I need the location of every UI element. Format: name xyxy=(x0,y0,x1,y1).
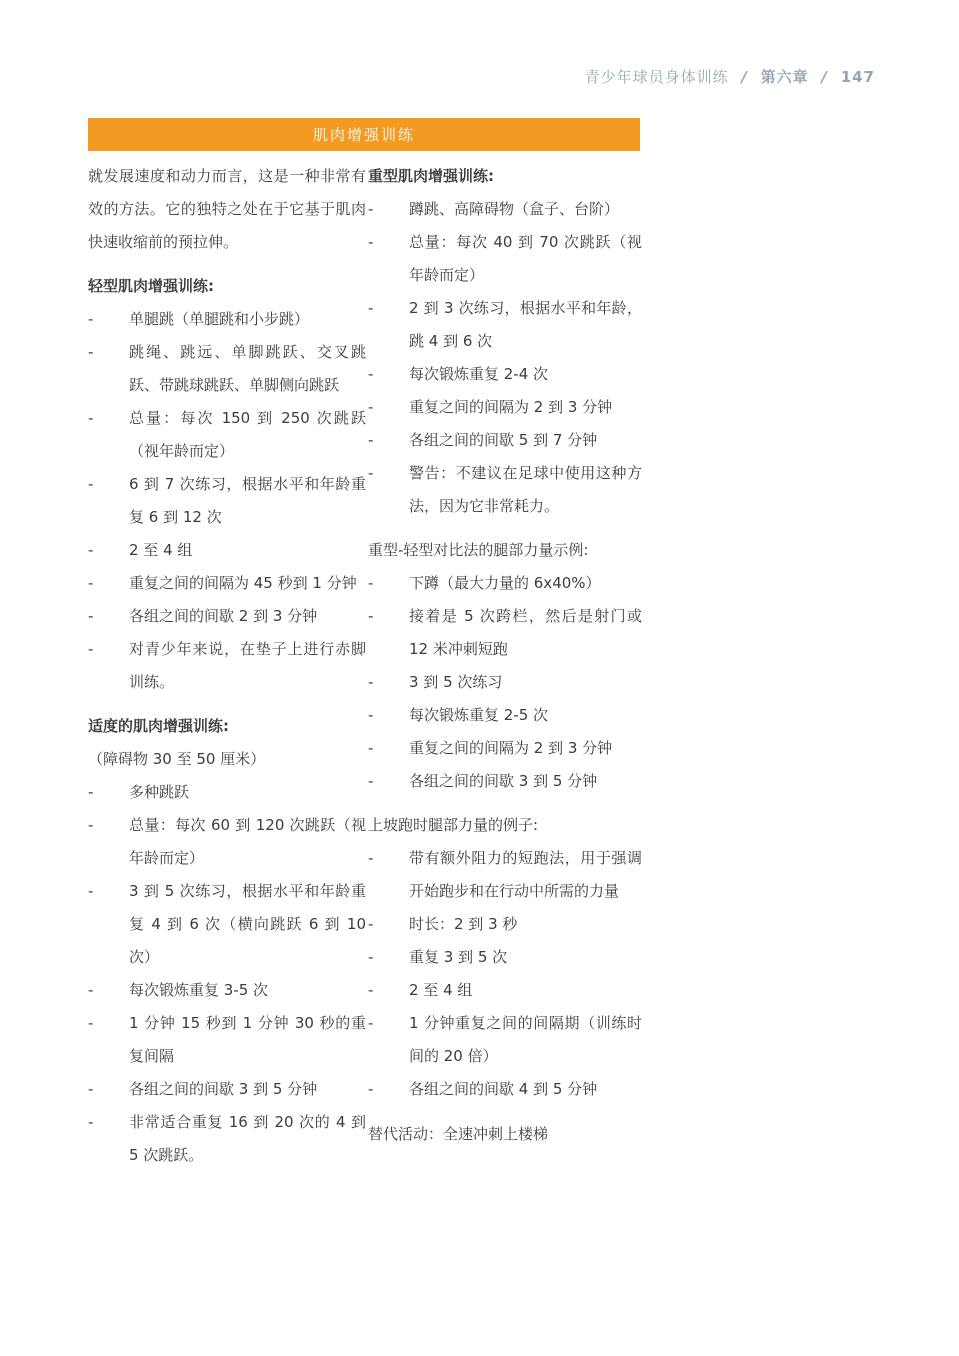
bullet-text: 对青少年来说，在垫子上进行赤脚训练。 xyxy=(129,640,366,691)
bullet-item: - 跳绳、跳远、单脚跳跃、交叉跳跃、带跳球跳跃、单脚侧向跳跃 xyxy=(88,336,366,402)
bullet-text: 3 到 5 次练习 xyxy=(409,673,502,691)
bullet-item: - 重复之间的间隔为 2 到 3 分钟 xyxy=(368,732,642,765)
bullet-item: - 总量：每次 40 到 70 次跳跃（视年龄而定） xyxy=(368,226,642,292)
column-left: 就发展速度和动力而言，这是一种非常有效的方法。它的独特之处在于它基于肌肉快速收缩… xyxy=(88,160,366,1172)
bullet-dash: - xyxy=(88,534,93,567)
bullet-item: - 每次锻炼重复 2-4 次 xyxy=(368,358,642,391)
bullet-dash: - xyxy=(88,809,93,842)
section-heading: 重型肌肉增强训练: xyxy=(368,160,642,193)
bullet-text: 重复之间的间隔为 2 到 3 分钟 xyxy=(409,739,612,757)
bullet-item: - 1 分钟重复之间的间隔期（训练时间的 20 倍） xyxy=(368,1007,642,1073)
bullet-text: 2 到 3 次练习，根据水平和年龄，跳 4 到 6 次 xyxy=(409,299,642,350)
bullet-dash: - xyxy=(88,974,93,1007)
bullet-dash: - xyxy=(88,402,93,435)
bullet-text: 跳绳、跳远、单脚跳跃、交叉跳跃、带跳球跳跃、单脚侧向跳跃 xyxy=(129,343,366,394)
bullet-dash: - xyxy=(368,732,373,765)
section-banner: 肌肉增强训练 xyxy=(88,118,640,151)
bullet-text: 2 至 4 组 xyxy=(409,981,472,999)
section-heading: 适度的肌肉增强训练: xyxy=(88,710,366,743)
banner-label: 肌肉增强训练 xyxy=(313,124,415,145)
bullet-item: - 3 到 5 次练习，根据水平和年龄重复 4 到 6 次（横向跳跃 6 到 1… xyxy=(88,875,366,974)
header-chapter: 第六章 xyxy=(761,68,809,86)
section-heading: 轻型肌肉增强训练: xyxy=(88,270,366,303)
bullet-text: 3 到 5 次练习，根据水平和年龄重复 4 到 6 次（横向跳跃 6 到 10 … xyxy=(129,882,366,966)
bullet-text: 时长：2 到 3 秒 xyxy=(409,915,517,933)
bullet-text: 各组之间的间歇 3 到 5 分钟 xyxy=(409,772,597,790)
bullet-dash: - xyxy=(368,226,373,259)
bullet-item: - 非常适合重复 16 到 20 次的 4 到 5 次跳跃。 xyxy=(88,1106,366,1172)
bullet-dash: - xyxy=(88,600,93,633)
bullet-item: - 对青少年来说，在垫子上进行赤脚训练。 xyxy=(88,633,366,699)
bullet-item: - 重复之间的间隔为 2 到 3 分钟 xyxy=(368,391,642,424)
bullet-item: - 带有额外阻力的短跑法，用于强调开始跑步和在行动中所需的力量 xyxy=(368,842,642,908)
page-header: 青少年球员身体训练 / 第六章 / 147 xyxy=(585,66,875,87)
bullet-item: - 多种跳跃 xyxy=(88,776,366,809)
header-separator: / xyxy=(741,68,747,86)
bullet-dash: - xyxy=(88,633,93,666)
bullet-dash: - xyxy=(368,1073,373,1106)
bullet-dash: - xyxy=(368,567,373,600)
intro-paragraph: 就发展速度和动力而言，这是一种非常有效的方法。它的独特之处在于它基于肌肉快速收缩… xyxy=(88,160,366,259)
section-note: （障碍物 30 至 50 厘米） xyxy=(88,743,366,776)
bullet-item: - 时长：2 到 3 秒 xyxy=(368,908,642,941)
bullet-text: 每次锻炼重复 2-5 次 xyxy=(409,706,548,724)
bullet-dash: - xyxy=(368,391,373,424)
bullet-text: 各组之间的间歇 5 到 7 分钟 xyxy=(409,431,597,449)
bullet-dash: - xyxy=(368,424,373,457)
bullet-text: 警告：不建议在足球中使用这种方法，因为它非常耗力。 xyxy=(409,464,642,515)
bullet-text: 1 分钟重复之间的间隔期（训练时间的 20 倍） xyxy=(409,1014,642,1065)
bullet-text: 各组之间的间歇 2 到 3 分钟 xyxy=(129,607,317,625)
bullet-dash: - xyxy=(368,974,373,1007)
bullet-item: - 接着是 5 次跨栏，然后是射门或 12 米冲刺短跑 xyxy=(368,600,642,666)
bullet-dash: - xyxy=(368,1007,373,1040)
bullet-text: 2 至 4 组 xyxy=(129,541,192,559)
bullet-dash: - xyxy=(368,666,373,699)
bullet-item: - 2 至 4 组 xyxy=(88,534,366,567)
bullet-item: - 蹲跳、高障碍物（盒子、台阶） xyxy=(368,193,642,226)
bullet-dash: - xyxy=(368,193,373,226)
bullet-item: - 警告：不建议在足球中使用这种方法，因为它非常耗力。 xyxy=(368,457,642,523)
bullet-item: - 各组之间的间歇 3 到 5 分钟 xyxy=(368,765,642,798)
bullet-list: - 蹲跳、高障碍物（盒子、台阶） - 总量：每次 40 到 70 次跳跃（视年龄… xyxy=(368,193,642,523)
bullet-dash: - xyxy=(368,292,373,325)
alternative-activity-line: 替代活动：全速冲刺上楼梯 xyxy=(368,1118,642,1151)
bullet-text: 单腿跳（单腿跳和小步跳） xyxy=(129,310,309,328)
bullet-item: - 1 分钟 15 秒到 1 分钟 30 秒的重复间隔 xyxy=(88,1007,366,1073)
column-right: 重型肌肉增强训练: - 蹲跳、高障碍物（盒子、台阶） - 总量：每次 40 到 … xyxy=(368,160,642,1151)
bullet-text: 多种跳跃 xyxy=(129,783,189,801)
bullet-list: - 带有额外阻力的短跑法，用于强调开始跑步和在行动中所需的力量 - 时长：2 到… xyxy=(368,842,642,1106)
bullet-dash: - xyxy=(88,1007,93,1040)
bullet-dash: - xyxy=(368,699,373,732)
bullet-item: - 重复之间的间隔为 45 秒到 1 分钟 xyxy=(88,567,366,600)
bullet-text: 总量：每次 150 到 250 次跳跃（视年龄而定） xyxy=(129,409,366,460)
bullet-item: - 下蹲（最大力量的 6x40%） xyxy=(368,567,642,600)
document-page: 青少年球员身体训练 / 第六章 / 147 肌肉增强训练 就发展速度和动力而言，… xyxy=(0,0,959,1356)
bullet-item: - 各组之间的间歇 5 到 7 分钟 xyxy=(368,424,642,457)
bullet-text: 各组之间的间歇 3 到 5 分钟 xyxy=(129,1080,317,1098)
bullet-text: 重复之间的间隔为 2 到 3 分钟 xyxy=(409,398,612,416)
bullet-dash: - xyxy=(88,303,93,336)
bullet-text: 总量：每次 40 到 70 次跳跃（视年龄而定） xyxy=(409,233,642,284)
bullet-text: 重复 3 到 5 次 xyxy=(409,948,507,966)
header-separator: / xyxy=(821,68,827,86)
bullet-list: - 单腿跳（单腿跳和小步跳） - 跳绳、跳远、单脚跳跃、交叉跳跃、带跳球跳跃、单… xyxy=(88,303,366,699)
bullet-item: - 各组之间的间歇 2 到 3 分钟 xyxy=(88,600,366,633)
bullet-item: - 单腿跳（单腿跳和小步跳） xyxy=(88,303,366,336)
bullet-dash: - xyxy=(88,468,93,501)
bullet-item: - 总量：每次 150 到 250 次跳跃（视年龄而定） xyxy=(88,402,366,468)
header-title: 青少年球员身体训练 xyxy=(585,68,729,86)
bullet-dash: - xyxy=(88,336,93,369)
bullet-dash: - xyxy=(368,765,373,798)
bullet-text: 各组之间的间歇 4 到 5 分钟 xyxy=(409,1080,597,1098)
bullet-dash: - xyxy=(368,908,373,941)
bullet-dash: - xyxy=(368,457,373,490)
bullet-item: - 重复 3 到 5 次 xyxy=(368,941,642,974)
bullet-item: - 3 到 5 次练习 xyxy=(368,666,642,699)
bullet-text: 6 到 7 次练习，根据水平和年龄重复 6 到 12 次 xyxy=(129,475,366,526)
bullet-dash: - xyxy=(368,600,373,633)
bullet-dash: - xyxy=(88,1106,93,1139)
bullet-dash: - xyxy=(368,358,373,391)
bullet-text: 下蹲（最大力量的 6x40%） xyxy=(409,574,601,592)
bullet-item: - 每次锻炼重复 2-5 次 xyxy=(368,699,642,732)
bullet-item: - 总量：每次 60 到 120 次跳跃（视年龄而定） xyxy=(88,809,366,875)
section-contrast-method-example: 重型-轻型对比法的腿部力量示例: - 下蹲（最大力量的 6x40%） - 接着是… xyxy=(368,534,642,798)
bullet-text: 带有额外阻力的短跑法，用于强调开始跑步和在行动中所需的力量 xyxy=(409,849,642,900)
section-heading: 上坡跑时腿部力量的例子: xyxy=(368,809,642,842)
bullet-text: 非常适合重复 16 到 20 次的 4 到 5 次跳跃。 xyxy=(129,1113,366,1164)
bullet-item: - 每次锻炼重复 3-5 次 xyxy=(88,974,366,1007)
bullet-dash: - xyxy=(88,1073,93,1106)
bullet-list: - 下蹲（最大力量的 6x40%） - 接着是 5 次跨栏，然后是射门或 12 … xyxy=(368,567,642,798)
bullet-dash: - xyxy=(368,842,373,875)
bullet-item: - 各组之间的间歇 4 到 5 分钟 xyxy=(368,1073,642,1106)
bullet-dash: - xyxy=(88,776,93,809)
bullet-dash: - xyxy=(88,875,93,908)
bullet-text: 重复之间的间隔为 45 秒到 1 分钟 xyxy=(129,574,357,592)
section-moderate-plyometrics: 适度的肌肉增强训练: （障碍物 30 至 50 厘米） - 多种跳跃 - 总量：… xyxy=(88,710,366,1172)
bullet-text: 接着是 5 次跨栏，然后是射门或 12 米冲刺短跑 xyxy=(409,607,642,658)
bullet-item: - 2 至 4 组 xyxy=(368,974,642,1007)
section-heavy-plyometrics: 重型肌肉增强训练: - 蹲跳、高障碍物（盒子、台阶） - 总量：每次 40 到 … xyxy=(368,160,642,523)
bullet-text: 蹲跳、高障碍物（盒子、台阶） xyxy=(409,200,619,218)
bullet-dash: - xyxy=(368,941,373,974)
section-uphill-running-example: 上坡跑时腿部力量的例子: - 带有额外阻力的短跑法，用于强调开始跑步和在行动中所… xyxy=(368,809,642,1106)
bullet-dash: - xyxy=(88,567,93,600)
section-heading: 重型-轻型对比法的腿部力量示例: xyxy=(368,534,642,567)
bullet-text: 1 分钟 15 秒到 1 分钟 30 秒的重复间隔 xyxy=(129,1014,366,1065)
bullet-item: - 6 到 7 次练习，根据水平和年龄重复 6 到 12 次 xyxy=(88,468,366,534)
bullet-text: 每次锻炼重复 2-4 次 xyxy=(409,365,548,383)
bullet-item: - 各组之间的间歇 3 到 5 分钟 xyxy=(88,1073,366,1106)
bullet-text: 每次锻炼重复 3-5 次 xyxy=(129,981,268,999)
bullet-text: 总量：每次 60 到 120 次跳跃（视年龄而定） xyxy=(129,816,366,867)
bullet-list: - 多种跳跃 - 总量：每次 60 到 120 次跳跃（视年龄而定） - 3 到… xyxy=(88,776,366,1172)
section-light-plyometrics: 轻型肌肉增强训练: - 单腿跳（单腿跳和小步跳） - 跳绳、跳远、单脚跳跃、交叉… xyxy=(88,270,366,699)
header-page-number: 147 xyxy=(841,68,875,86)
bullet-item: - 2 到 3 次练习，根据水平和年龄，跳 4 到 6 次 xyxy=(368,292,642,358)
